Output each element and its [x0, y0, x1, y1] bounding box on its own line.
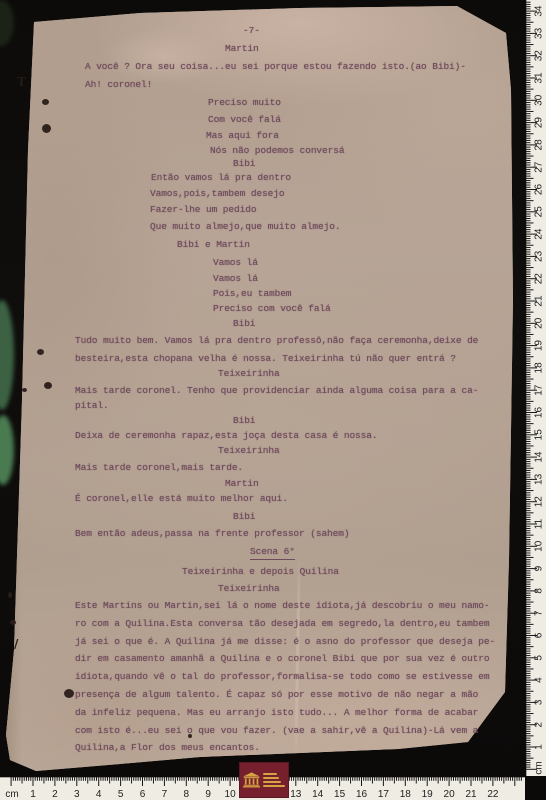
- svg-text:27: 27: [534, 161, 545, 173]
- svg-text:11: 11: [534, 518, 545, 529]
- script-line: Pois,eu tambem: [213, 288, 291, 300]
- svg-text:3: 3: [534, 699, 545, 705]
- script-line: Tudo muito bem. Vamos lá pra dentro prof…: [75, 335, 478, 347]
- svg-text:10: 10: [225, 789, 237, 800]
- svg-text:25: 25: [534, 206, 545, 218]
- script-line: Com você falá: [208, 114, 281, 126]
- svg-text:32: 32: [534, 50, 545, 62]
- script-line: Teixeirinha: [218, 445, 280, 457]
- svg-text:6: 6: [534, 632, 545, 638]
- ink-blot: [188, 734, 192, 738]
- script-line: -7-: [243, 25, 260, 37]
- svg-text:18: 18: [534, 362, 545, 374]
- script-line: Scena 6°: [250, 546, 295, 560]
- svg-text:26: 26: [534, 184, 545, 196]
- script-line: Fazer-lhe um pedido: [150, 204, 256, 216]
- script-line: da infeliz pequena. Mas eu arranjo isto …: [75, 707, 478, 719]
- script-line: presença de algum talento. É capaz só po…: [75, 689, 478, 701]
- svg-text:13: 13: [290, 789, 302, 800]
- svg-text:7: 7: [534, 610, 545, 616]
- script-line: Teixeirinha e depois Quilina: [182, 566, 339, 578]
- svg-text:1: 1: [534, 744, 545, 750]
- svg-text:20: 20: [444, 789, 456, 800]
- svg-text:33: 33: [534, 27, 545, 39]
- svg-text:20: 20: [534, 317, 545, 329]
- svg-text:5: 5: [118, 789, 124, 800]
- svg-text:17: 17: [534, 384, 545, 396]
- vertical-ruler: 1234567891011121314151617181920212223242…: [526, 0, 546, 776]
- svg-text:22: 22: [534, 273, 545, 285]
- scan-viewport: -7-MartinA você ? Ora seu coisa...eu sei…: [0, 0, 546, 800]
- script-line: Preciso com você falá: [213, 303, 331, 315]
- script-line: Mais tarde coronel,mais tarde.: [75, 462, 243, 474]
- svg-text:16: 16: [356, 789, 368, 800]
- svg-text:24: 24: [534, 228, 545, 240]
- script-line: Que muito almejo,que muito almejo.: [150, 221, 340, 233]
- svg-text:19: 19: [422, 789, 434, 800]
- script-line: com isto é...eu sei o que vou fazer. (va…: [75, 725, 478, 737]
- svg-text:15: 15: [334, 789, 346, 800]
- svg-text:6: 6: [140, 789, 146, 800]
- svg-text:8: 8: [184, 789, 190, 800]
- script-line: Martin: [225, 478, 259, 490]
- script-line: dir em casamento amanhã a Quilina e o co…: [75, 653, 489, 665]
- svg-text:9: 9: [534, 565, 545, 571]
- script-line: Bem então adeus,passa na frente professo…: [75, 528, 349, 540]
- script-line: Preciso muito: [208, 97, 281, 109]
- svg-text:21: 21: [465, 789, 477, 800]
- svg-text:14: 14: [312, 789, 324, 800]
- svg-text:19: 19: [534, 340, 545, 352]
- svg-text:17: 17: [378, 789, 390, 800]
- ink-blot: [10, 620, 16, 625]
- typewritten-text: -7-MartinA você ? Ora seu coisa...eu sei…: [0, 0, 546, 800]
- script-line: Teixeirinha: [218, 583, 280, 595]
- ink-blot: [22, 388, 27, 392]
- svg-text:8: 8: [534, 588, 545, 594]
- svg-text:9: 9: [205, 789, 211, 800]
- svg-text:14: 14: [534, 451, 545, 463]
- svg-text:12: 12: [534, 496, 545, 508]
- ink-blot: T: [17, 76, 26, 88]
- script-line: Então vamos lá pra dentro: [151, 172, 291, 184]
- svg-text:1: 1: [30, 789, 36, 800]
- script-line: pital.: [75, 400, 109, 412]
- archive-stamp: [240, 763, 288, 797]
- script-line: Mais tarde coronel. Tenho que providenci…: [75, 385, 478, 397]
- svg-text:2: 2: [534, 721, 545, 727]
- svg-text:31: 31: [534, 72, 545, 84]
- svg-text:13: 13: [534, 473, 545, 485]
- script-line: Teixeirinha: [218, 368, 280, 380]
- script-line: Ah! coronel!: [85, 79, 152, 91]
- script-line: Deixa de ceremonha rapaz,esta joça desta…: [75, 430, 377, 442]
- ink-blot: [42, 99, 49, 105]
- script-line: A você ? Ora seu coisa...eu sei porque e…: [85, 61, 466, 73]
- script-line: Nós não podemos conversá: [210, 145, 344, 157]
- svg-text:5: 5: [534, 655, 545, 661]
- script-line: Este Martins ou Martin,sei lá o nome des…: [75, 600, 489, 612]
- svg-text:15: 15: [534, 429, 545, 441]
- ink-blot: [64, 689, 74, 698]
- svg-text:28: 28: [534, 139, 545, 151]
- svg-text:18: 18: [400, 789, 412, 800]
- svg-text:23: 23: [534, 250, 545, 262]
- script-line: Bibi: [233, 158, 255, 170]
- script-line: ro com a Quilina.Esta conversa tão desej…: [75, 618, 489, 630]
- svg-text:4: 4: [534, 677, 545, 683]
- svg-text:16: 16: [534, 407, 545, 419]
- ink-blot: /: [14, 638, 18, 650]
- script-line: Bibi e Martin: [177, 239, 250, 251]
- svg-text:3: 3: [74, 789, 80, 800]
- script-line: besteira,esta chopana velha é nossa. Tei…: [75, 353, 456, 365]
- script-line: Vamos lá: [213, 273, 258, 285]
- ink-blot: [8, 592, 12, 598]
- svg-text:7: 7: [162, 789, 168, 800]
- script-line: Vamos lá: [213, 257, 258, 269]
- svg-text:10: 10: [534, 540, 545, 552]
- svg-text:4: 4: [96, 789, 102, 800]
- svg-text:30: 30: [534, 94, 545, 106]
- script-line: idiota,quando vê o tal do professor,form…: [75, 671, 489, 683]
- ink-blot: [37, 349, 44, 355]
- script-line: Martin: [225, 43, 259, 55]
- ink-blot: [42, 124, 51, 133]
- svg-text:22: 22: [487, 789, 499, 800]
- script-line: já sei o que é. A Quilina já me disse: é…: [75, 636, 495, 648]
- script-line: Bibi: [233, 318, 255, 330]
- script-line: Vamos,pois,tambem desejo: [150, 188, 284, 200]
- svg-text:21: 21: [534, 295, 545, 307]
- svg-text:34: 34: [534, 5, 545, 17]
- archive-building-icon: [243, 770, 260, 790]
- svg-text:29: 29: [534, 117, 545, 129]
- script-line: Bibi: [233, 511, 255, 523]
- script-line: Bibi: [233, 415, 255, 427]
- script-line: É coronel,elle está muito melhor aqui.: [75, 493, 288, 505]
- script-line: Quilina,a Flor dos meus encantos.: [75, 742, 260, 754]
- archive-stamp-text-lines: [263, 773, 285, 788]
- script-line: Mas aqui fora: [206, 130, 279, 142]
- ink-blot: [44, 382, 52, 389]
- svg-text:cm: cm: [534, 761, 545, 774]
- svg-text:cm: cm: [5, 789, 18, 800]
- svg-text:2: 2: [52, 789, 58, 800]
